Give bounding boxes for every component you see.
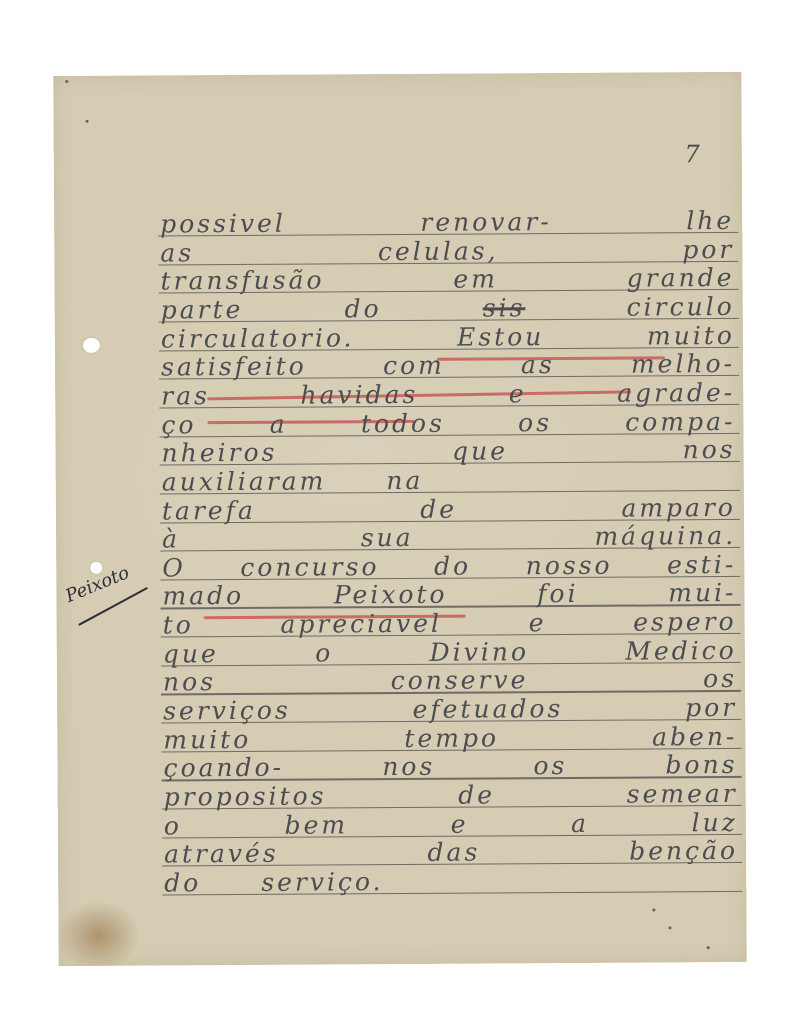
handwritten-line: Oconcursodonossoesti- (162, 550, 736, 582)
handwritten-line: muitotempoaben- (163, 722, 737, 754)
handwritten-line: nheirosquenos (162, 435, 736, 467)
handwritten-word: de (420, 496, 457, 522)
handwritten-word: com (383, 353, 445, 379)
handwritten-line: ascelulas,por (160, 235, 734, 267)
handwritten-word: grande (627, 265, 735, 292)
handwritten-word: muito (647, 323, 735, 350)
handwritten-word: Divino (430, 639, 529, 666)
handwritten-word: sis (483, 295, 526, 321)
handwritten-word: possivel (160, 211, 286, 238)
handwritten-word: nosso (526, 552, 613, 579)
handwritten-word: que (452, 439, 508, 465)
handwritten-word: Estou (457, 324, 544, 351)
handwritten-line: obemealuz (164, 808, 738, 840)
handwritten-word: de (458, 782, 495, 808)
handwritten-word: ras (161, 383, 210, 409)
handwritten-word: apreciavel (280, 611, 442, 638)
letter-page: 7 Peixoto possivelrenovar-lheascelulas,p… (53, 72, 746, 966)
handwritten-word: nheiros (162, 440, 278, 467)
handwritten-word: celulas, (378, 238, 499, 265)
handwritten-word: lhe (686, 208, 734, 234)
handwritten-word: do (164, 870, 201, 896)
handwritten-line: queoDivinoMedico (163, 636, 737, 668)
handwritten-word: Medico (625, 638, 737, 665)
handwritten-word: todos (361, 410, 445, 437)
handwritten-word: renovar- (420, 209, 551, 236)
handwritten-word: das (427, 840, 480, 866)
paper-speck (707, 946, 710, 949)
handwritten-word: satisfeito (161, 354, 307, 381)
handwritten-word: serviços (163, 698, 291, 725)
handwritten-word: os (703, 666, 737, 692)
handwritten-word: máquina. (594, 523, 736, 550)
handwritten-line: satisfeitocomasmelho- (161, 349, 735, 381)
handwritten-word: luz (692, 810, 738, 836)
handwritten-word: a (270, 411, 288, 437)
handwritten-word: to (163, 612, 194, 638)
handwritten-word: parte (161, 297, 244, 324)
handwritten-word: circulo (627, 294, 735, 321)
paper-speck (86, 120, 89, 123)
paper-speck (652, 908, 655, 911)
handwritten-word: em (453, 267, 498, 293)
handwritten-word: mui- (668, 580, 736, 606)
handwritten-word: agrade- (617, 380, 735, 407)
handwritten-word: que (163, 641, 219, 667)
handwritten-line: atravésdasbenção (164, 836, 738, 868)
handwritten-line: çoatodososcompa- (161, 406, 735, 438)
handwritten-word: Peixoto (334, 582, 448, 609)
handwritten-line: doserviço. (164, 865, 738, 897)
handwritten-line: partedosiscirculo (161, 292, 735, 324)
handwritten-word: foi (537, 581, 578, 607)
handwritten-word: e (529, 610, 547, 636)
handwritten-line: rashavidaseagrade- (161, 378, 735, 410)
handwritten-word: tarefa (162, 497, 256, 524)
handwritten-word: serviço. (261, 869, 383, 896)
handwritten-word: transfusão (160, 268, 324, 295)
handwritten-word: nos (163, 670, 216, 696)
handwritten-word: nos (683, 437, 736, 463)
handwritten-word: ço (161, 412, 196, 438)
handwritten-word: efetuados (412, 696, 563, 723)
handwritten-word: nos (382, 754, 435, 780)
handwritten-body: possivelrenovar-lheascelulas,portransfus… (53, 72, 741, 76)
handwritten-word: O (162, 555, 186, 581)
handwritten-line: circulatorio.Estoumuito (161, 321, 735, 353)
handwritten-word: benção (629, 838, 738, 865)
handwritten-word: circulatorio. (161, 325, 355, 352)
handwritten-word: a (571, 810, 589, 836)
ruled-lines (53, 72, 741, 76)
handwritten-word: o (164, 813, 182, 839)
handwritten-word: à (162, 526, 180, 552)
handwritten-word: e (509, 381, 527, 407)
handwritten-line: auxiliaramna (162, 464, 736, 496)
punch-hole-small (90, 562, 102, 574)
handwritten-word: aben- (652, 724, 737, 751)
handwritten-word: tempo (404, 725, 499, 752)
handwritten-line: serviçosefetuadospor (163, 693, 737, 725)
handwritten-line: àsuamáquina. (162, 521, 736, 553)
handwritten-word: sua (361, 525, 414, 551)
handwritten-word: através (164, 841, 279, 868)
handwritten-word: por (685, 695, 737, 721)
handwritten-word: e (451, 811, 469, 837)
handwritten-word: çoando- (163, 755, 284, 782)
handwritten-line: possivelrenovar-lhe (160, 206, 734, 238)
handwritten-line: tarefadeamparo (162, 492, 736, 524)
handwritten-word: amparo (621, 494, 736, 521)
paper-speck (65, 80, 68, 83)
handwritten-word: espero (633, 609, 737, 636)
handwritten-line: madoPeixotofoimui- (162, 578, 736, 610)
handwritten-word: melho- (631, 351, 735, 378)
handwritten-line: transfusãoemgrande (160, 263, 734, 295)
handwritten-word: semear (627, 781, 738, 808)
handwritten-line: nosconserveos (163, 664, 737, 696)
handwritten-word: os (533, 753, 567, 779)
handwritten-word: o (315, 640, 333, 666)
handwritten-word: havidas (300, 382, 418, 409)
handwritten-word: do (434, 553, 471, 579)
paper-speck (668, 926, 671, 929)
handwritten-line: propositosdesemear (164, 779, 738, 811)
handwritten-word: muito (163, 727, 251, 754)
handwritten-word: concurso (240, 554, 379, 581)
handwritten-word: os (518, 410, 552, 436)
handwritten-word: do (344, 296, 381, 322)
handwritten-word: as (521, 352, 555, 378)
handwritten-word: por (682, 237, 734, 263)
handwritten-word: compa- (625, 408, 735, 435)
punch-hole (83, 338, 100, 353)
handwritten-word: mado (162, 583, 244, 609)
handwritten-line: çoando-nososbons (163, 750, 737, 782)
handwritten-line: toapreciaveleespero (163, 607, 737, 639)
handwritten-word: conserve (391, 668, 529, 695)
handwritten-word: auxiliaram (162, 468, 327, 495)
handwritten-word: propositos (164, 783, 327, 810)
handwritten-word: esti- (667, 552, 736, 578)
handwritten-word: as (160, 240, 194, 266)
handwritten-word: bons (665, 752, 737, 778)
handwritten-word: bem (284, 812, 348, 838)
handwritten-word: na (386, 468, 423, 494)
page-number: 7 (684, 140, 699, 168)
